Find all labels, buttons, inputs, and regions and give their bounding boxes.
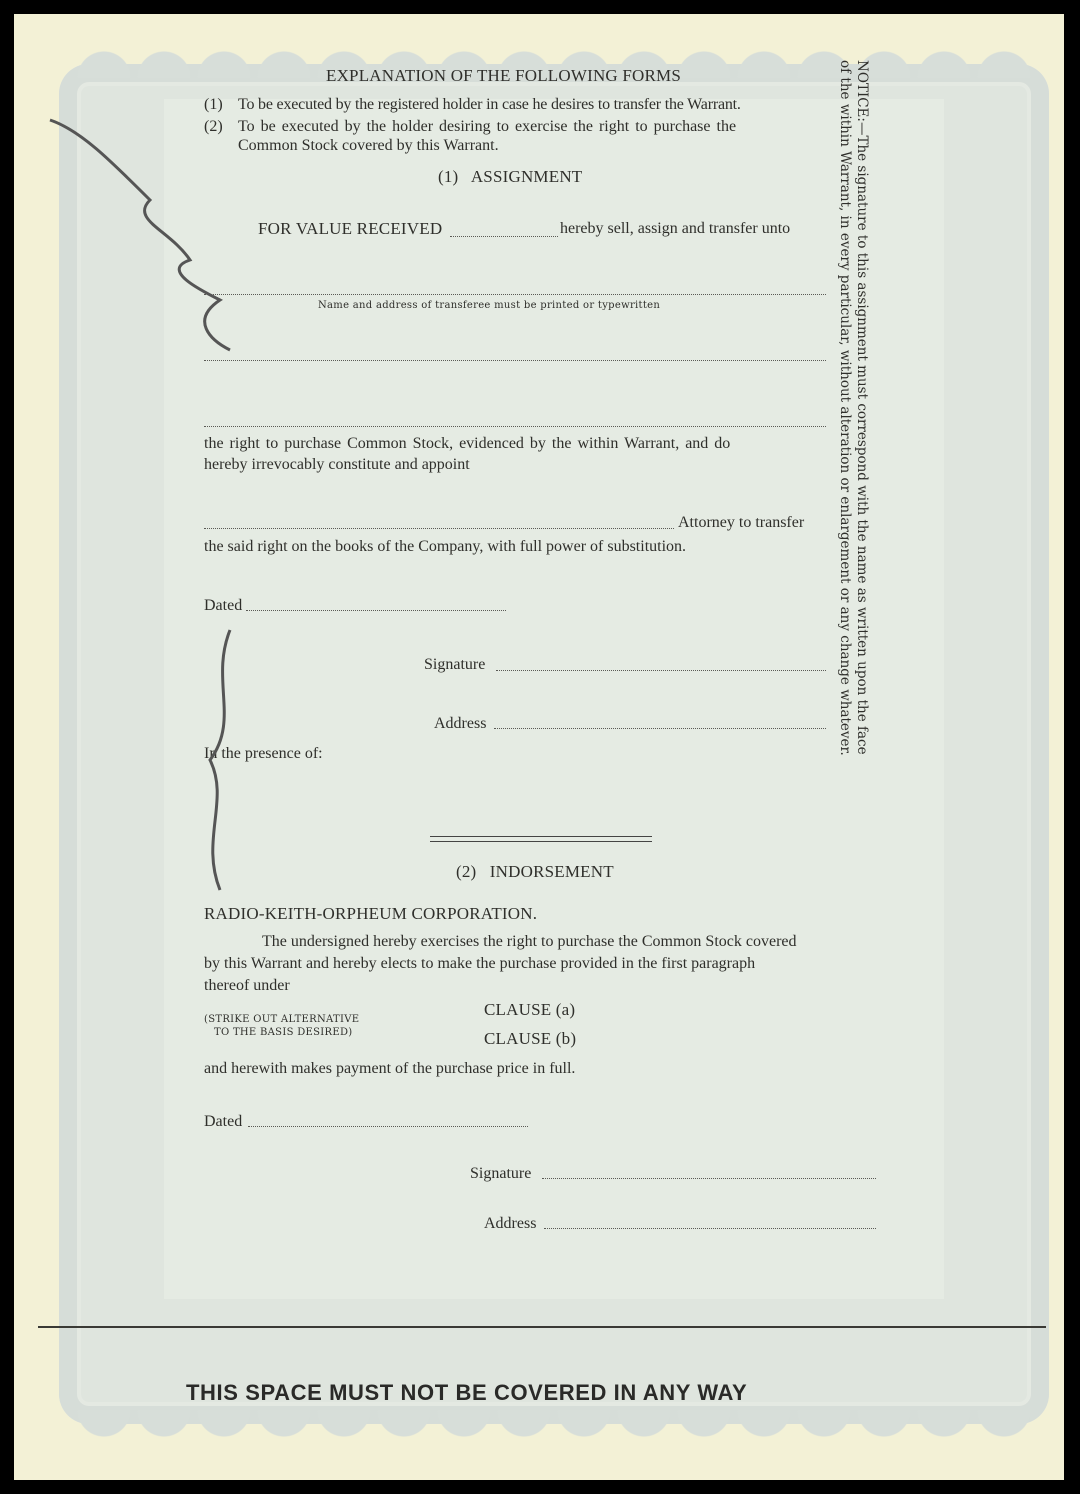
- assignment-signature-line[interactable]: [496, 670, 826, 671]
- assignment-dated-label: Dated: [204, 597, 242, 615]
- transferee-name-line[interactable]: [204, 294, 826, 295]
- explanation-text-2-cont: Common Stock covered by this Warrant.: [238, 137, 499, 155]
- indorsement-para-line-3: thereof under: [204, 977, 290, 995]
- explanation-text-2: To be executed by the holder desiring to…: [238, 118, 736, 136]
- indorsement-signature-line[interactable]: [542, 1178, 876, 1179]
- hereby-sell-text: hereby sell, assign and transfer unto: [560, 220, 790, 238]
- transferee-address-line-2[interactable]: [204, 426, 826, 427]
- notice-line-2: of the within Warrant, in every particul…: [837, 60, 853, 756]
- transferee-address-line-1[interactable]: [204, 360, 826, 361]
- notice-line-1: NOTICE:—The signature to this assignment…: [854, 60, 870, 755]
- assignment-title: (1) ASSIGNMENT: [438, 167, 582, 187]
- notice-vertical: NOTICE:—The signature to this assignment…: [842, 60, 884, 820]
- attorney-name-line[interactable]: [204, 528, 674, 529]
- guilloche-background: [164, 99, 944, 1299]
- explanation-heading: EXPLANATION OF THE FOLLOWING FORMS: [326, 66, 681, 86]
- strike-out-note-line-2: TO THE BASIS DESIRED): [214, 1027, 352, 1038]
- bottom-rule: [38, 1326, 1046, 1328]
- substitution-text: the said right on the books of the Compa…: [204, 538, 686, 556]
- indorsement-address-line[interactable]: [544, 1228, 876, 1229]
- clause-b-option[interactable]: CLAUSE (b): [484, 1029, 576, 1049]
- indorsement-dated-label: Dated: [204, 1113, 242, 1131]
- indorsement-date-line[interactable]: [248, 1126, 528, 1127]
- indorsement-para-line-1: The undersigned hereby exercises the rig…: [262, 933, 797, 951]
- transferee-note: Name and address of transferee must be p…: [318, 300, 660, 311]
- right-text-line-2: hereby irrevocably constitute and appoin…: [204, 456, 470, 474]
- value-field-line[interactable]: [450, 236, 558, 237]
- attorney-label: Attorney to transfer: [678, 514, 804, 532]
- assignment-date-line[interactable]: [246, 610, 506, 611]
- right-text-line-1: the right to purchase Common Stock, evid…: [204, 435, 730, 453]
- section-divider: [430, 836, 652, 842]
- indorsement-address-label: Address: [484, 1215, 536, 1233]
- indorsement-para-line-2: by this Warrant and hereby elects to mak…: [204, 955, 755, 973]
- for-value-received-label: FOR VALUE RECEIVED: [258, 219, 442, 239]
- do-not-cover-banner: THIS SPACE MUST NOT BE COVERED IN ANY WA…: [186, 1380, 747, 1406]
- strike-out-note-line-1: (STRIKE OUT ALTERNATIVE: [204, 1014, 359, 1025]
- indorsement-signature-label: Signature: [470, 1165, 531, 1183]
- indorsement-title: (2) INDORSEMENT: [456, 862, 614, 882]
- explanation-text-1: To be executed by the registered holder …: [238, 96, 741, 114]
- assignment-signature-label: Signature: [424, 656, 485, 674]
- assignment-address-label: Address: [434, 715, 486, 733]
- handwritten-signature-2: [170, 620, 250, 900]
- scalloped-border-bottom: [74, 1410, 1034, 1446]
- handwritten-signature-1: [40, 100, 240, 360]
- company-name: RADIO-KEITH-ORPHEUM CORPORATION.: [204, 904, 537, 924]
- payment-text: and herewith makes payment of the purcha…: [204, 1060, 575, 1078]
- clause-a-option[interactable]: CLAUSE (a): [484, 1000, 575, 1020]
- assignment-address-line[interactable]: [494, 728, 826, 729]
